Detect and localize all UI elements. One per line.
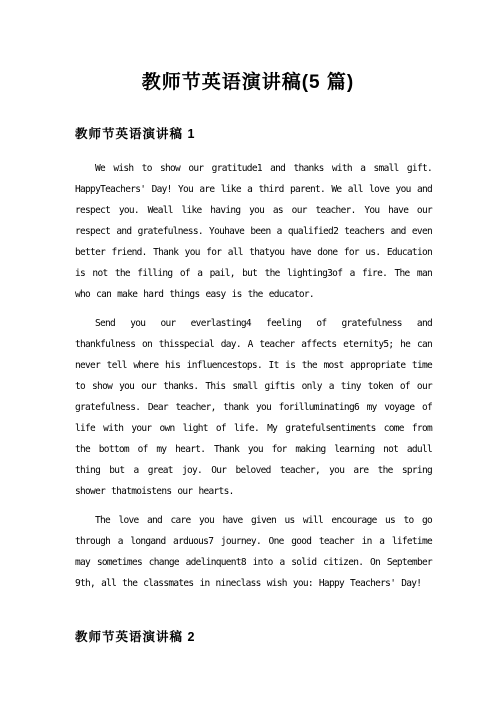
speech-section-2: 教师节英语演讲稿 2 xyxy=(0,630,496,645)
document-page: 教师节英语演讲稿(5 篇) 教师节英语演讲稿 1 We wish to show… xyxy=(0,0,496,702)
document-title: 教师节英语演讲稿(5 篇) xyxy=(0,0,496,95)
section-1-paragraph-3: The love and care you have given us will… xyxy=(75,510,432,594)
section-1-paragraph-2: Send you our everlasting4 feeling of gra… xyxy=(75,313,432,502)
speech-section-1: 教师节英语演讲稿 1 We wish to show our gratitude… xyxy=(0,127,496,594)
section-2-heading: 教师节英语演讲稿 2 xyxy=(75,630,496,645)
section-1-heading: 教师节英语演讲稿 1 xyxy=(75,127,496,142)
section-1-paragraph-1: We wish to show our gratitude1 and thank… xyxy=(75,158,432,305)
